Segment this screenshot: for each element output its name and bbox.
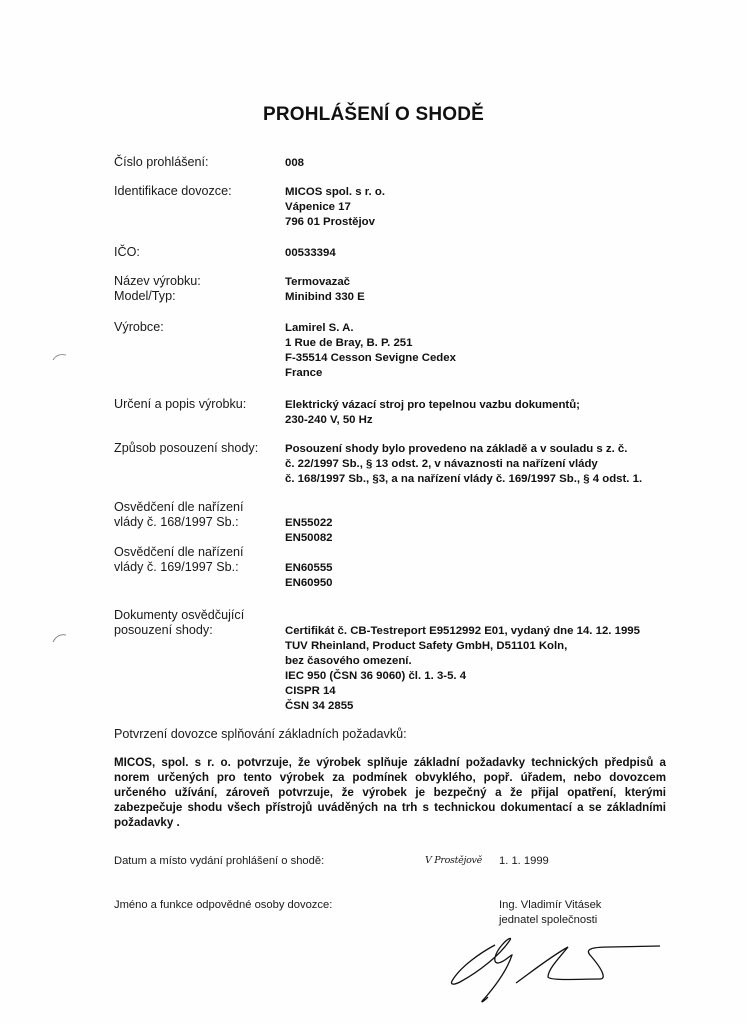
field-value-purpose: Elektrický vázací stroj pro tepelnou vaz… [285,398,580,428]
label-line: Způsob posouzení shody: [114,441,258,456]
value-line: Elektrický vázací stroj pro tepelnou vaz… [285,398,580,413]
label-line: Výrobce: [114,320,164,335]
field-label-product: Název výrobku: Model/Typ: [114,274,201,304]
label-line: Osvědčení dle nařízení [114,545,244,560]
value-line: 796 01 Prostějov [285,215,385,230]
field-value-manufacturer: Lamirel S. A. 1 Rue de Bray, B. P. 251 F… [285,321,456,381]
responsible-person-label: Jméno a funkce odpovědné osoby dovozce: [114,898,332,913]
label-line: Model/Typ: [114,289,201,304]
field-value-supporting-documents: Certifikát č. CB-Testreport E9512992 E01… [285,624,640,714]
value-line: TUV Rheinland, Product Safety GmbH, D511… [285,639,640,654]
label-line: Identifikace dovozce: [114,184,232,199]
value-line: Lamirel S. A. [285,321,456,336]
value-line: IEC 950 (ČSN 36 9060) čl. 1. 3-5. 4 [285,669,640,684]
value-line: č. 22/1997 Sb., § 13 odst. 2, v návaznos… [285,457,642,472]
field-value-product: Termovazač Minibind 330 E [285,275,365,305]
field-value-certificate-169: EN60555 EN60950 [285,561,333,591]
field-value-certificate-168: EN55022 EN50082 [285,516,333,546]
label-line: vlády č. 169/1997 Sb.: [114,560,244,575]
field-label-manufacturer: Výrobce: [114,320,164,335]
label-line: Určení a popis výrobku: [114,397,246,412]
field-value-importer: MICOS spol. s r. o. Vápenice 17 796 01 P… [285,185,385,230]
field-label-importer: Identifikace dovozce: [114,184,232,199]
field-label-declaration-number: Číslo prohlášení: [114,155,209,170]
confirmation-text: MICOS, spol. s r. o. potvrzuje, že výrob… [114,755,666,830]
value-line: 230-240 V, 50 Hz [285,413,580,428]
signature-icon [440,935,680,1015]
responsible-person-role: jednatel společnosti [499,913,597,928]
value-line: Minibind 330 E [285,290,365,305]
field-label-supporting-documents: Dokumenty osvědčující posouzení shody: [114,608,244,638]
label-line: Dokumenty osvědčující [114,608,244,623]
value-line: Vápenice 17 [285,200,385,215]
date-place-label: Datum a místo vydání prohlášení o shodě: [114,854,324,869]
confirmation-heading: Potvrzení dovozce splňování základních p… [114,727,407,742]
value-line: EN60555 [285,561,333,576]
value-line: Certifikát č. CB-Testreport E9512992 E01… [285,624,640,639]
label-line: Číslo prohlášení: [114,155,209,170]
field-label-certificate-168: Osvědčení dle nařízení vlády č. 168/1997… [114,500,244,530]
field-value-ico: 00533394 [285,246,336,261]
value-line: MICOS spol. s r. o. [285,185,385,200]
label-line: IČO: [114,245,140,260]
value-line: ČSN 34 2855 [285,699,640,714]
value-line: F-35514 Cesson Sevigne Cedex [285,351,456,366]
value-line: 008 [285,156,304,171]
field-label-ico: IČO: [114,245,140,260]
field-label-assessment-method: Způsob posouzení shody: [114,441,258,456]
value-line: Posouzení shody bylo provedeno na základ… [285,442,642,457]
value-line: bez časového omezení. [285,654,640,669]
value-line: CISPR 14 [285,684,640,699]
handwritten-place: V Prostějově [425,853,482,868]
value-line: EN50082 [285,531,333,546]
margin-mark-icon [50,632,70,644]
document-title: PROHLÁŠENÍ O SHODĚ [0,104,747,126]
field-label-certificate-169: Osvědčení dle nařízení vlády č. 169/1997… [114,545,244,575]
value-line: France [285,366,456,381]
value-line: EN60950 [285,576,333,591]
document-page: PROHLÁŠENÍ O SHODĚ Číslo prohlášení: 008… [0,0,747,1024]
field-value-declaration-number: 008 [285,156,304,171]
label-line: Osvědčení dle nařízení [114,500,244,515]
label-line: vlády č. 168/1997 Sb.: [114,515,244,530]
value-line: č. 168/1997 Sb., §3, a na nařízení vlády… [285,472,642,487]
field-label-purpose: Určení a popis výrobku: [114,397,246,412]
responsible-person-name: Ing. Vladimír Vitásek [499,898,601,913]
label-line: Název výrobku: [114,274,201,289]
issue-date: 1. 1. 1999 [499,854,549,869]
label-line: posouzení shody: [114,623,244,638]
value-line: 00533394 [285,246,336,261]
value-line: EN55022 [285,516,333,531]
margin-mark-icon [50,352,70,362]
value-line: 1 Rue de Bray, B. P. 251 [285,336,456,351]
value-line: Termovazač [285,275,365,290]
field-value-assessment-method: Posouzení shody bylo provedeno na základ… [285,442,642,487]
